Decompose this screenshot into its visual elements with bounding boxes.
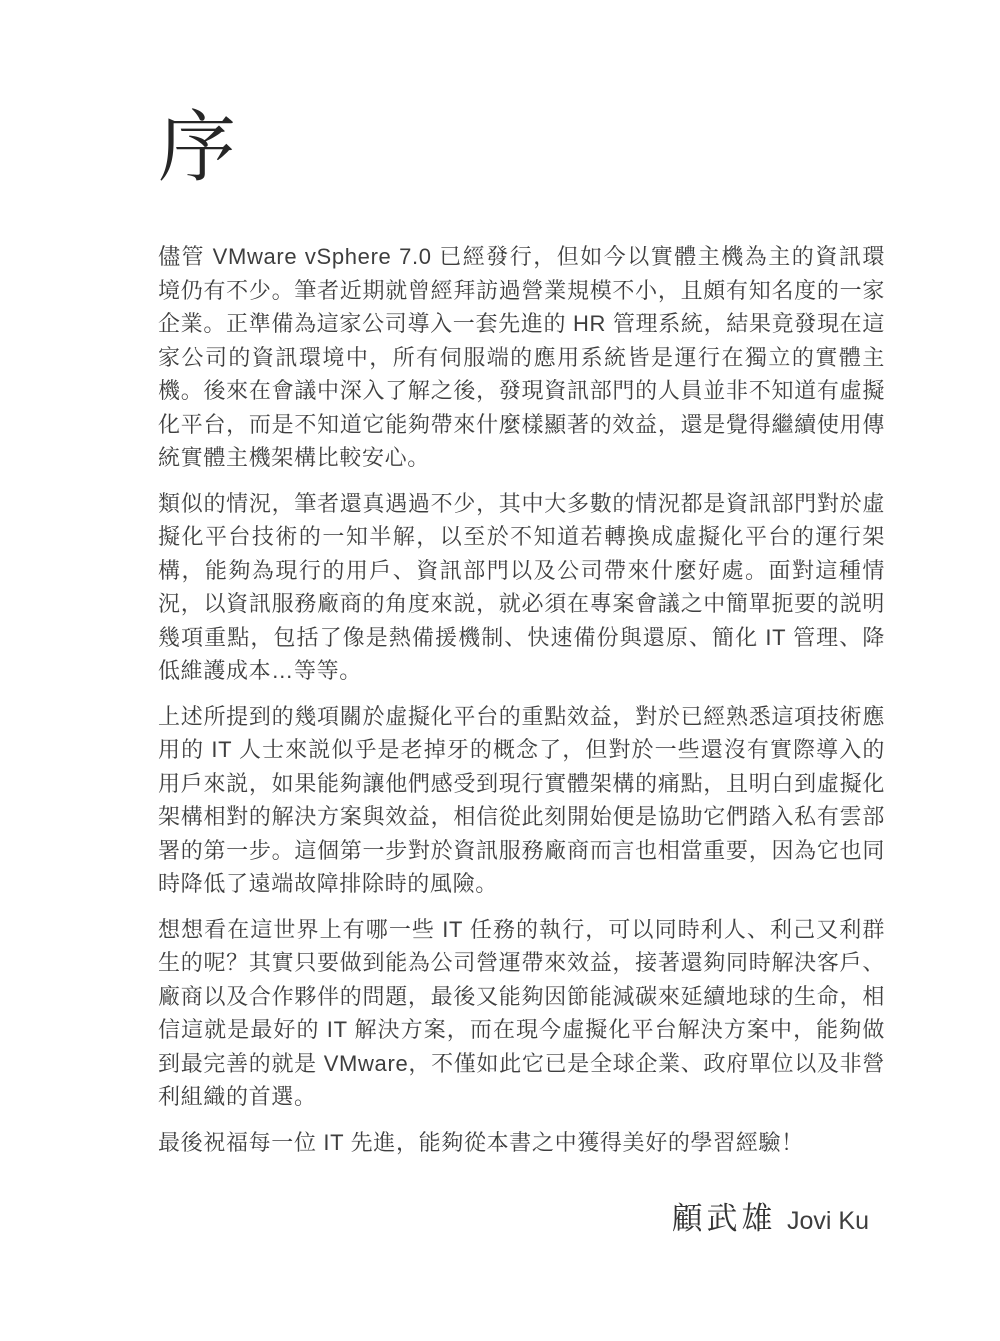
preface-page: 序 儘管 VMware vSphere 7.0 已經發行，但如今以實體主機為主的…	[0, 0, 1000, 1341]
preface-paragraph-3: 上述所提到的幾項關於虛擬化平台的重點效益，對於已經熟悉這項技術應用的 IT 人士…	[158, 700, 885, 901]
page-title: 序	[158, 104, 885, 190]
preface-paragraph-4: 想想看在這世界上有哪一些 IT 任務的執行，可以同時利人、利己又利群生的呢？其實…	[158, 913, 885, 1114]
preface-closing-line: 最後祝福每一位 IT 先進，能夠從本書之中獲得美好的學習經驗！	[158, 1126, 885, 1160]
author-name-latin: Jovi Ku	[787, 1207, 869, 1235]
author-signature: 顧武雄 Jovi Ku	[158, 1193, 885, 1238]
preface-paragraph-1: 儘管 VMware vSphere 7.0 已經發行，但如今以實體主機為主的資訊…	[158, 240, 885, 475]
preface-paragraph-2: 類似的情況，筆者還真遇過不少，其中大多數的情況都是資訊部門對於虛擬化平台技術的一…	[158, 487, 885, 688]
author-name-chinese: 顧武雄	[672, 1201, 777, 1236]
